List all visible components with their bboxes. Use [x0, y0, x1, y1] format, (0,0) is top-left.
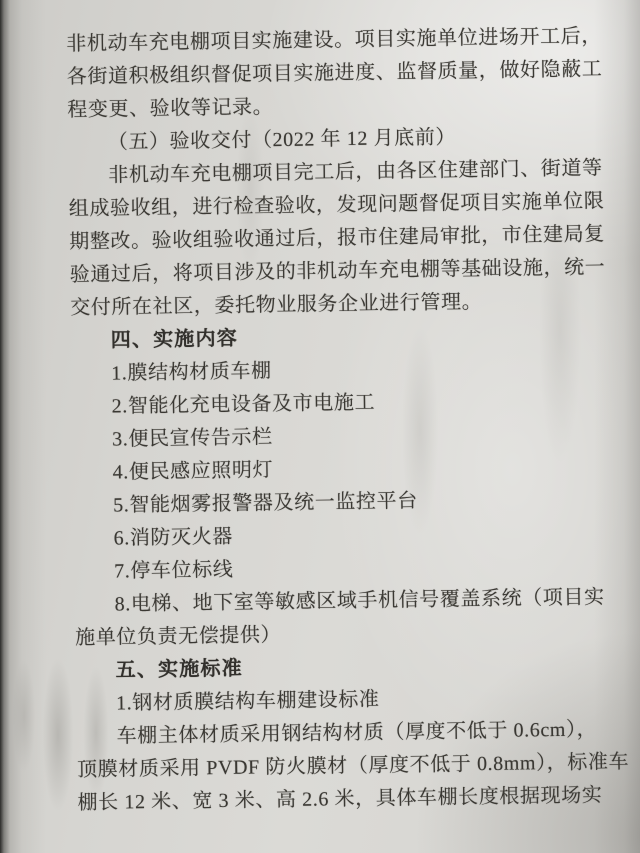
document-text-block: 非机动车充电棚项目实施建设。项目实施单位进场开工后， 各街道积极组织督促项目实施…	[66, 20, 626, 820]
text-line: 棚长 12 米、宽 3 米、高 2.6 米，具体车棚长度根据现场实	[77, 779, 625, 820]
document-photo: { "colors": { "paper": "#d8d7d3", "paper…	[0, 0, 640, 853]
